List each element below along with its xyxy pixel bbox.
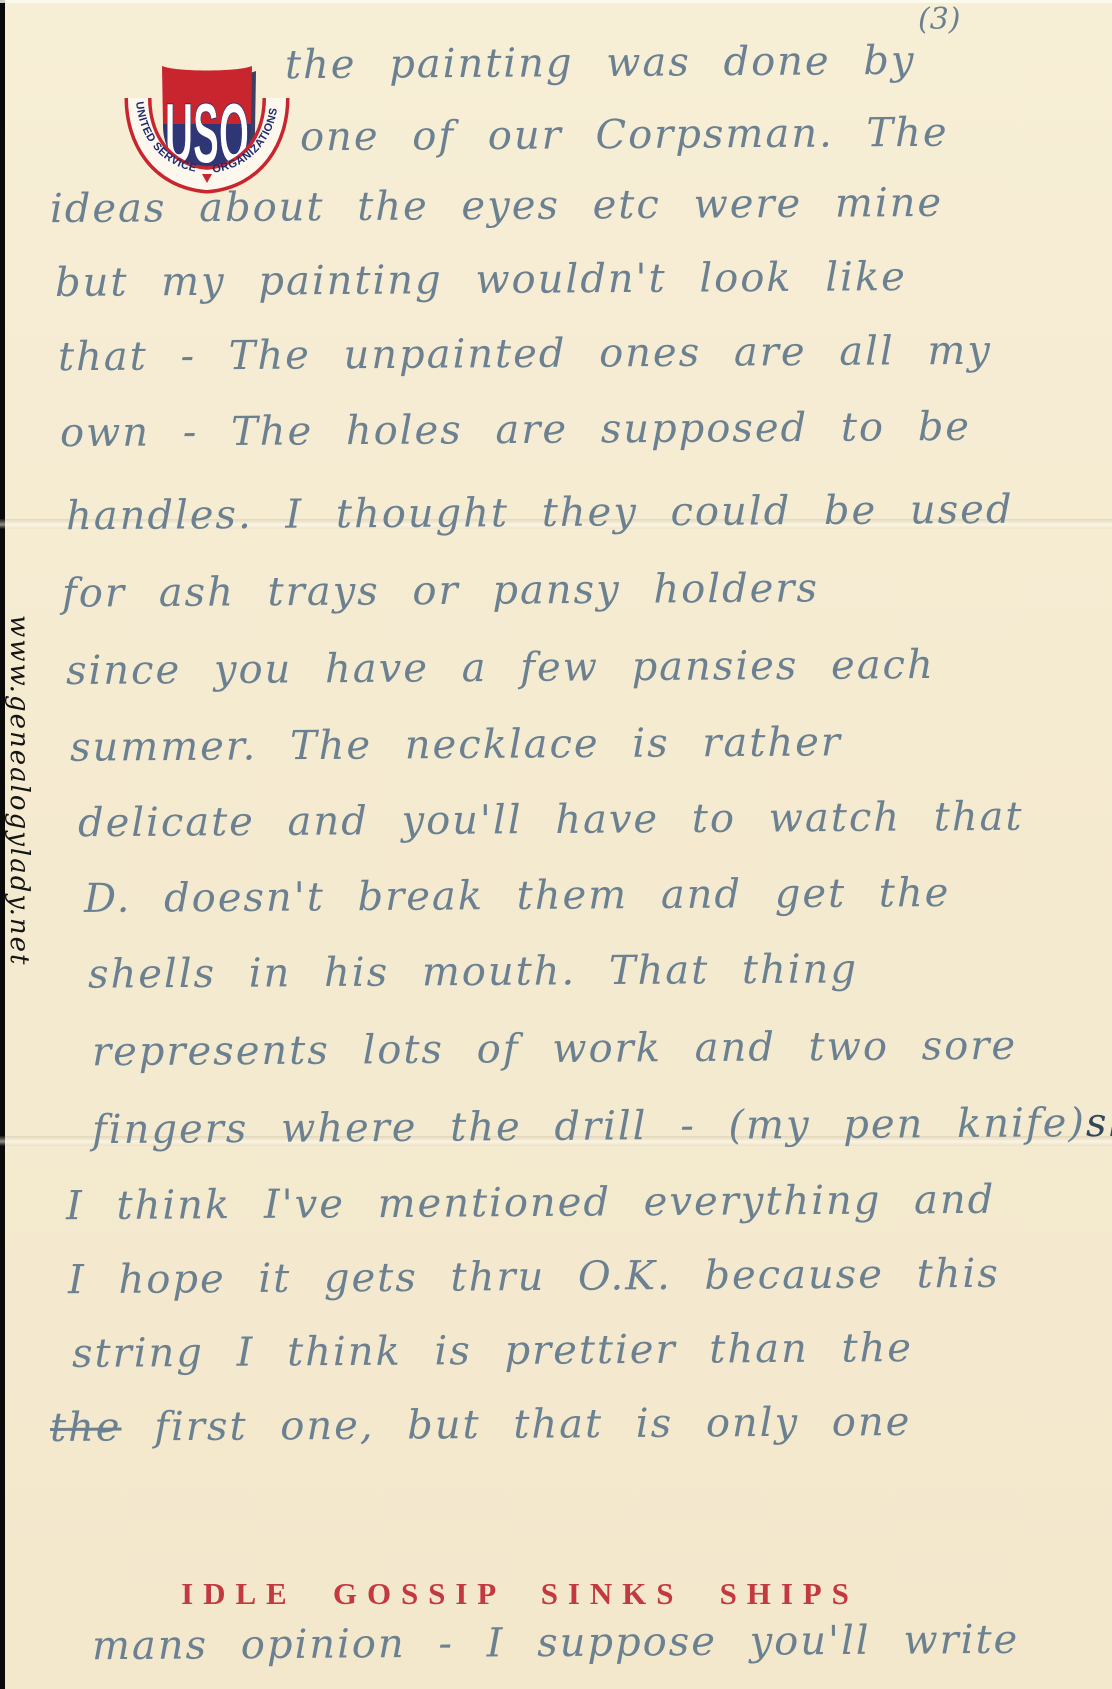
- letter-line: own - The holes are supposed to be: [60, 404, 971, 456]
- page-number: (3): [918, 2, 961, 37]
- letter-line: the first one, but that is only one: [50, 1399, 912, 1451]
- uso-logo: USO UNITED SERVICE ORGANIZATIONS: [112, 62, 302, 202]
- letter-line: string I think is prettier than the: [72, 1325, 913, 1377]
- letter-line: ideas about the eyes etc were mine: [50, 180, 943, 232]
- watermark: www.genealogylady.net: [4, 615, 34, 966]
- letter-line: since you have a few pansies each: [66, 642, 935, 694]
- inserted-word: slipped.: [1086, 1099, 1112, 1146]
- letter-line: one of our Corpsman. The: [300, 110, 949, 161]
- letter-line: shells in his mouth. That thing: [88, 946, 858, 997]
- letter-line: mans opinion - I suppose you'll write: [92, 1617, 1020, 1669]
- letter-line-text: first one, but that is only one: [121, 1399, 911, 1451]
- letter-line: represents lots of work and two sore: [92, 1023, 1017, 1075]
- letter-line: the painting was done by: [285, 38, 916, 88]
- letter-line: handles. I thought they could be used: [66, 487, 1014, 540]
- letter-line: fingers where the drill - (my pen knife)…: [92, 1099, 1112, 1153]
- letter-line: I hope it gets thru O.K. because this: [68, 1251, 1000, 1304]
- struck-word: the: [50, 1405, 122, 1451]
- letter-line: delicate and you'll have to watch that: [78, 794, 1024, 847]
- letter-line: that - The unpainted ones are all my: [58, 328, 992, 381]
- letter-line-text: fingers where the drill - (my pen knife): [92, 1100, 1086, 1153]
- footer-slogan: IDLE GOSSIP SINKS SHIPS: [0, 1576, 1040, 1612]
- letter-line: but my painting wouldn't look like: [55, 254, 907, 306]
- letter-line: I think I've mentioned everything and: [66, 1177, 996, 1229]
- letter-line: for ash trays or pansy holders: [62, 565, 819, 616]
- letter-line: summer. The necklace is rather: [70, 719, 842, 770]
- letter-line: D. doesn't break them and get the: [84, 870, 951, 922]
- letter-page: USO UNITED SERVICE ORGANIZATIONS (3) the…: [0, 0, 1112, 1689]
